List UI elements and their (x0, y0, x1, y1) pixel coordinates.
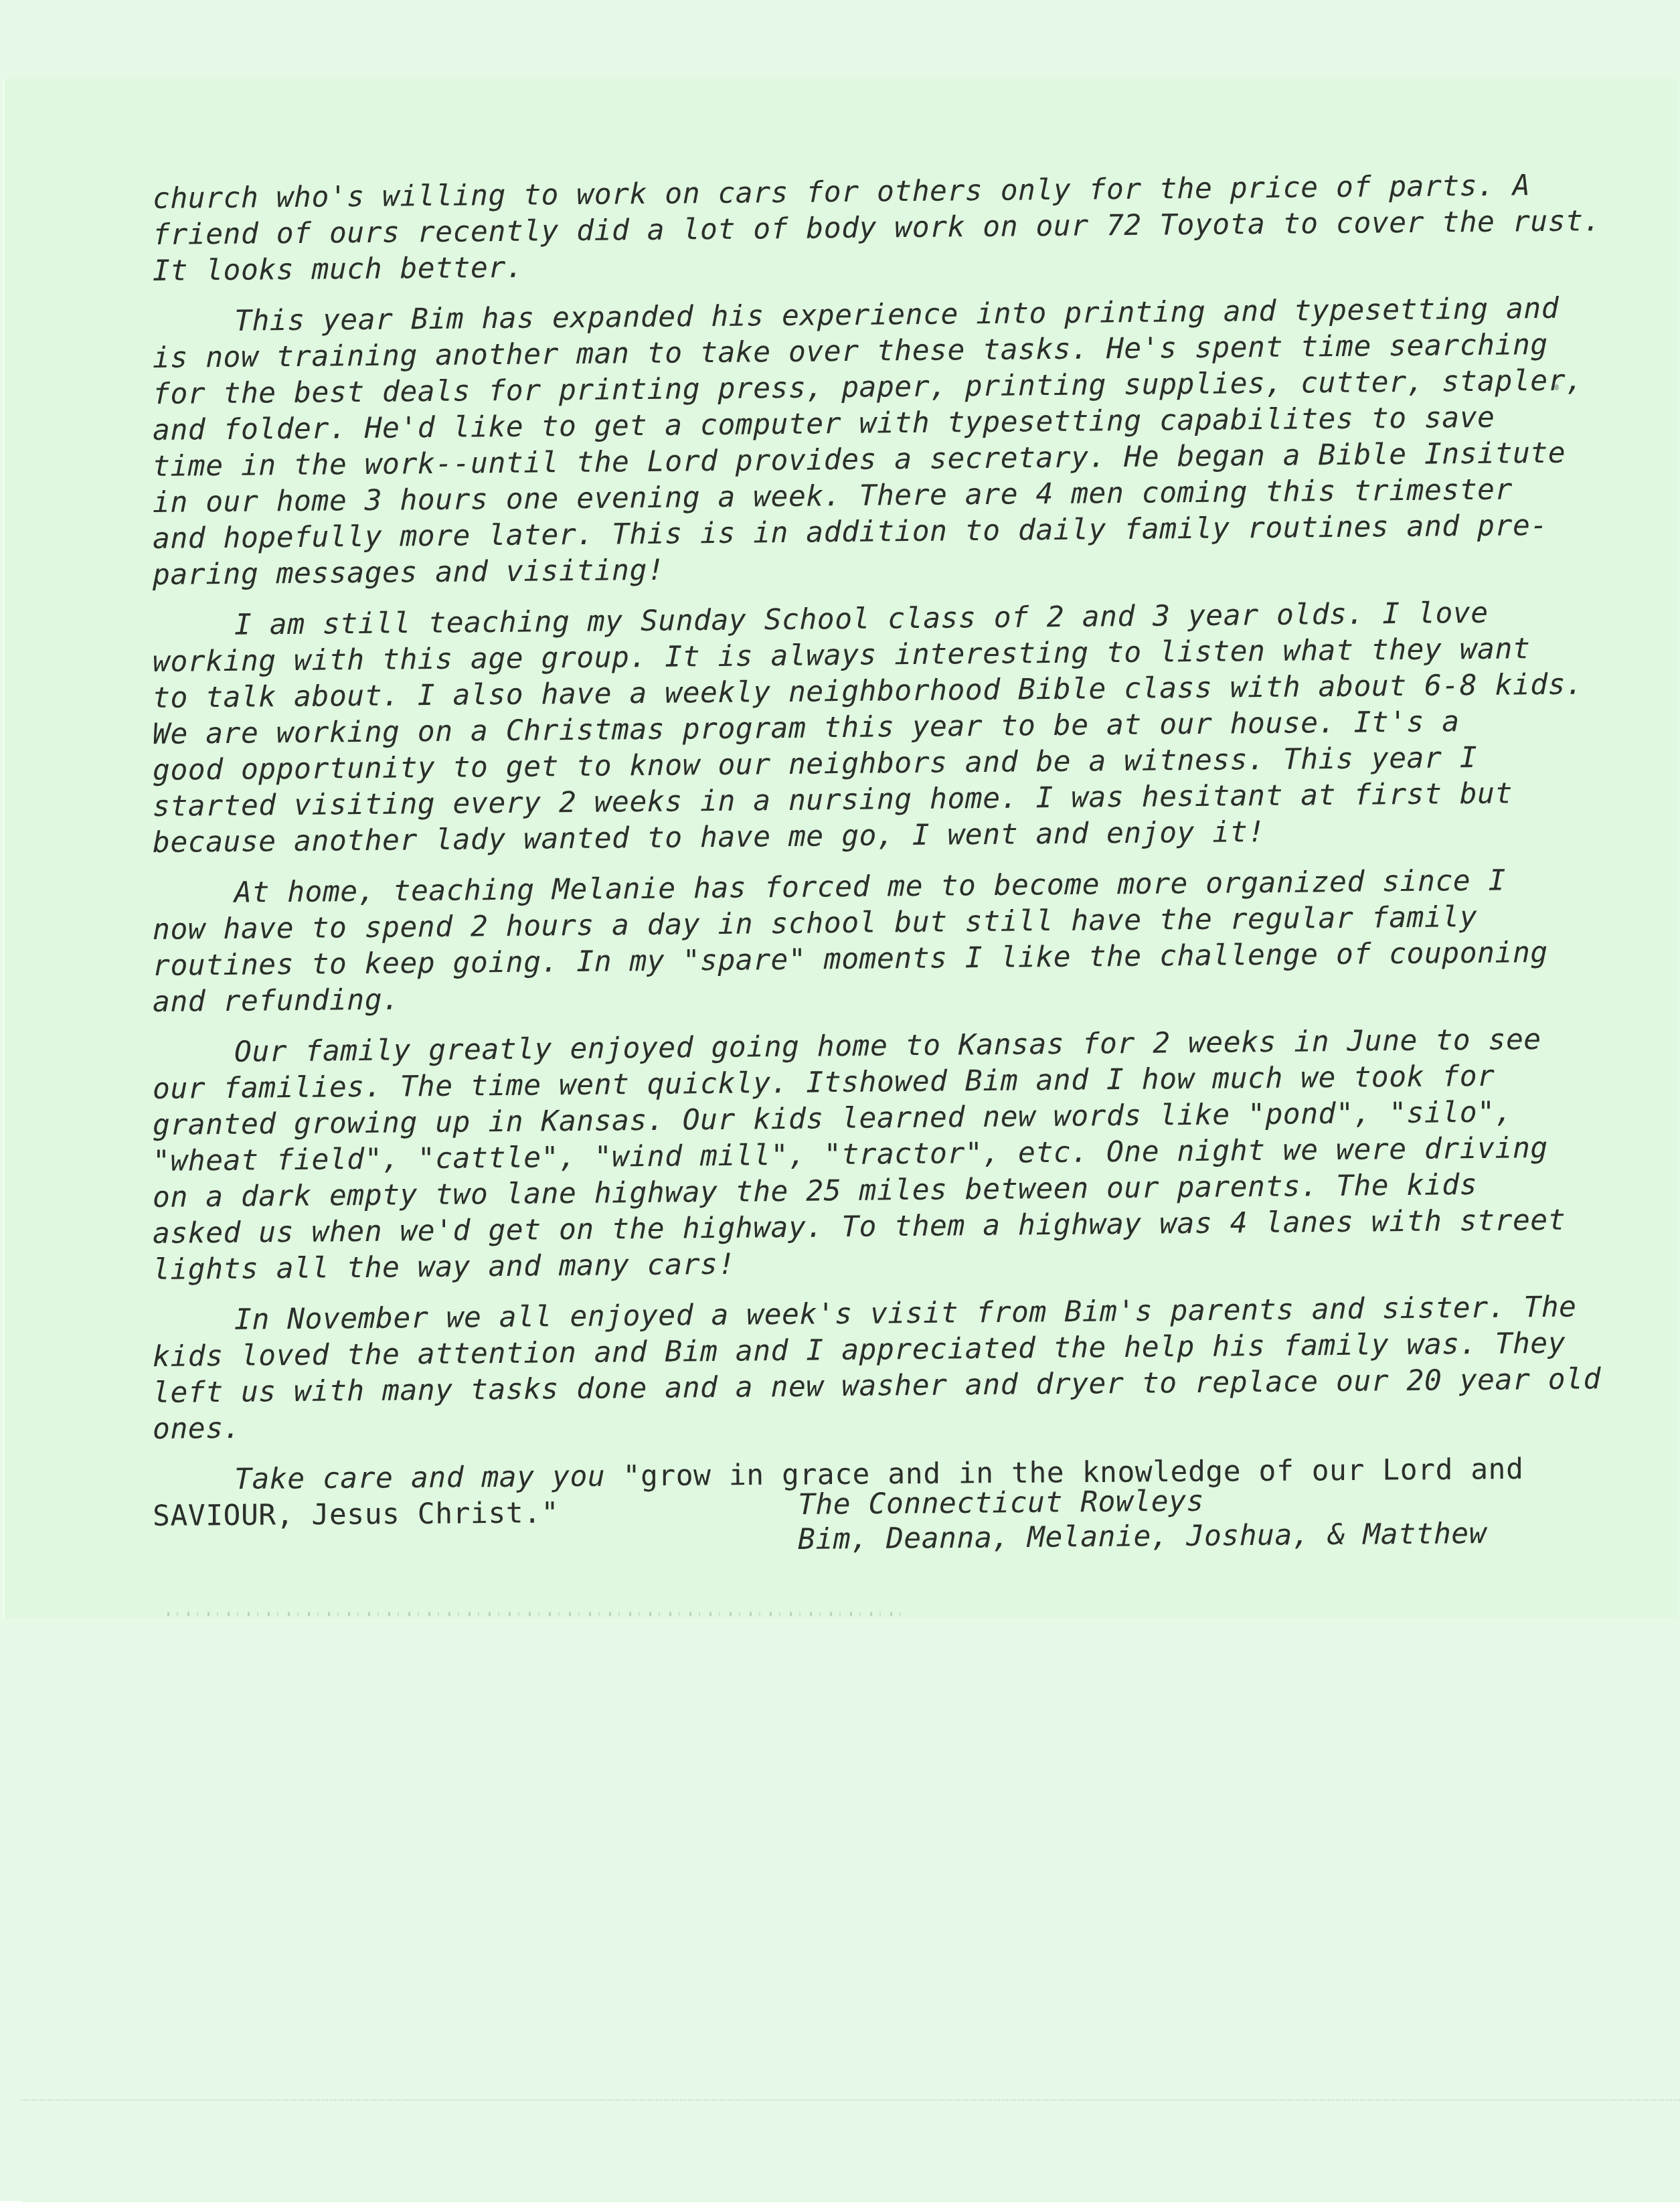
paragraph-sunday-school: I am still teaching my Sunday School cla… (153, 594, 1558, 861)
paragraph-indent (153, 635, 234, 635)
paragraph-car-repair: church who's willing to work on cars for… (153, 167, 1558, 289)
paragraph-indent (153, 1489, 234, 1489)
closing-script-text: Take care and may you (234, 1459, 623, 1496)
paragraph-homeschool: At home, teaching Melanie has forced me … (153, 862, 1558, 1020)
signature-member-names: Bim, Deanna, Melanie, Joshua, & Matthew (798, 1516, 1487, 1557)
bottom-margin-band (21, 2099, 1680, 2202)
paragraph-november-visit: In November we all enjoyed a week's visi… (153, 1289, 1558, 1447)
signature-block: The Connecticut Rowleys Bim, Deanna, Mel… (798, 1481, 1487, 1557)
paragraph-indent (153, 1062, 234, 1062)
paragraph-indent (153, 902, 234, 903)
paragraph-indent (153, 1329, 234, 1330)
paragraph-printing-ministry: This year Bim has expanded his experienc… (153, 291, 1558, 593)
paragraph-kansas-trip: Our family greatly enjoyed going home to… (153, 1021, 1558, 1288)
signature-family-name: The Connecticut Rowleys (798, 1481, 1487, 1522)
paragraph-indent (153, 331, 234, 331)
letter-body: church who's willing to work on cars for… (153, 181, 1558, 1534)
scan-edge-speckle (167, 1612, 904, 1616)
